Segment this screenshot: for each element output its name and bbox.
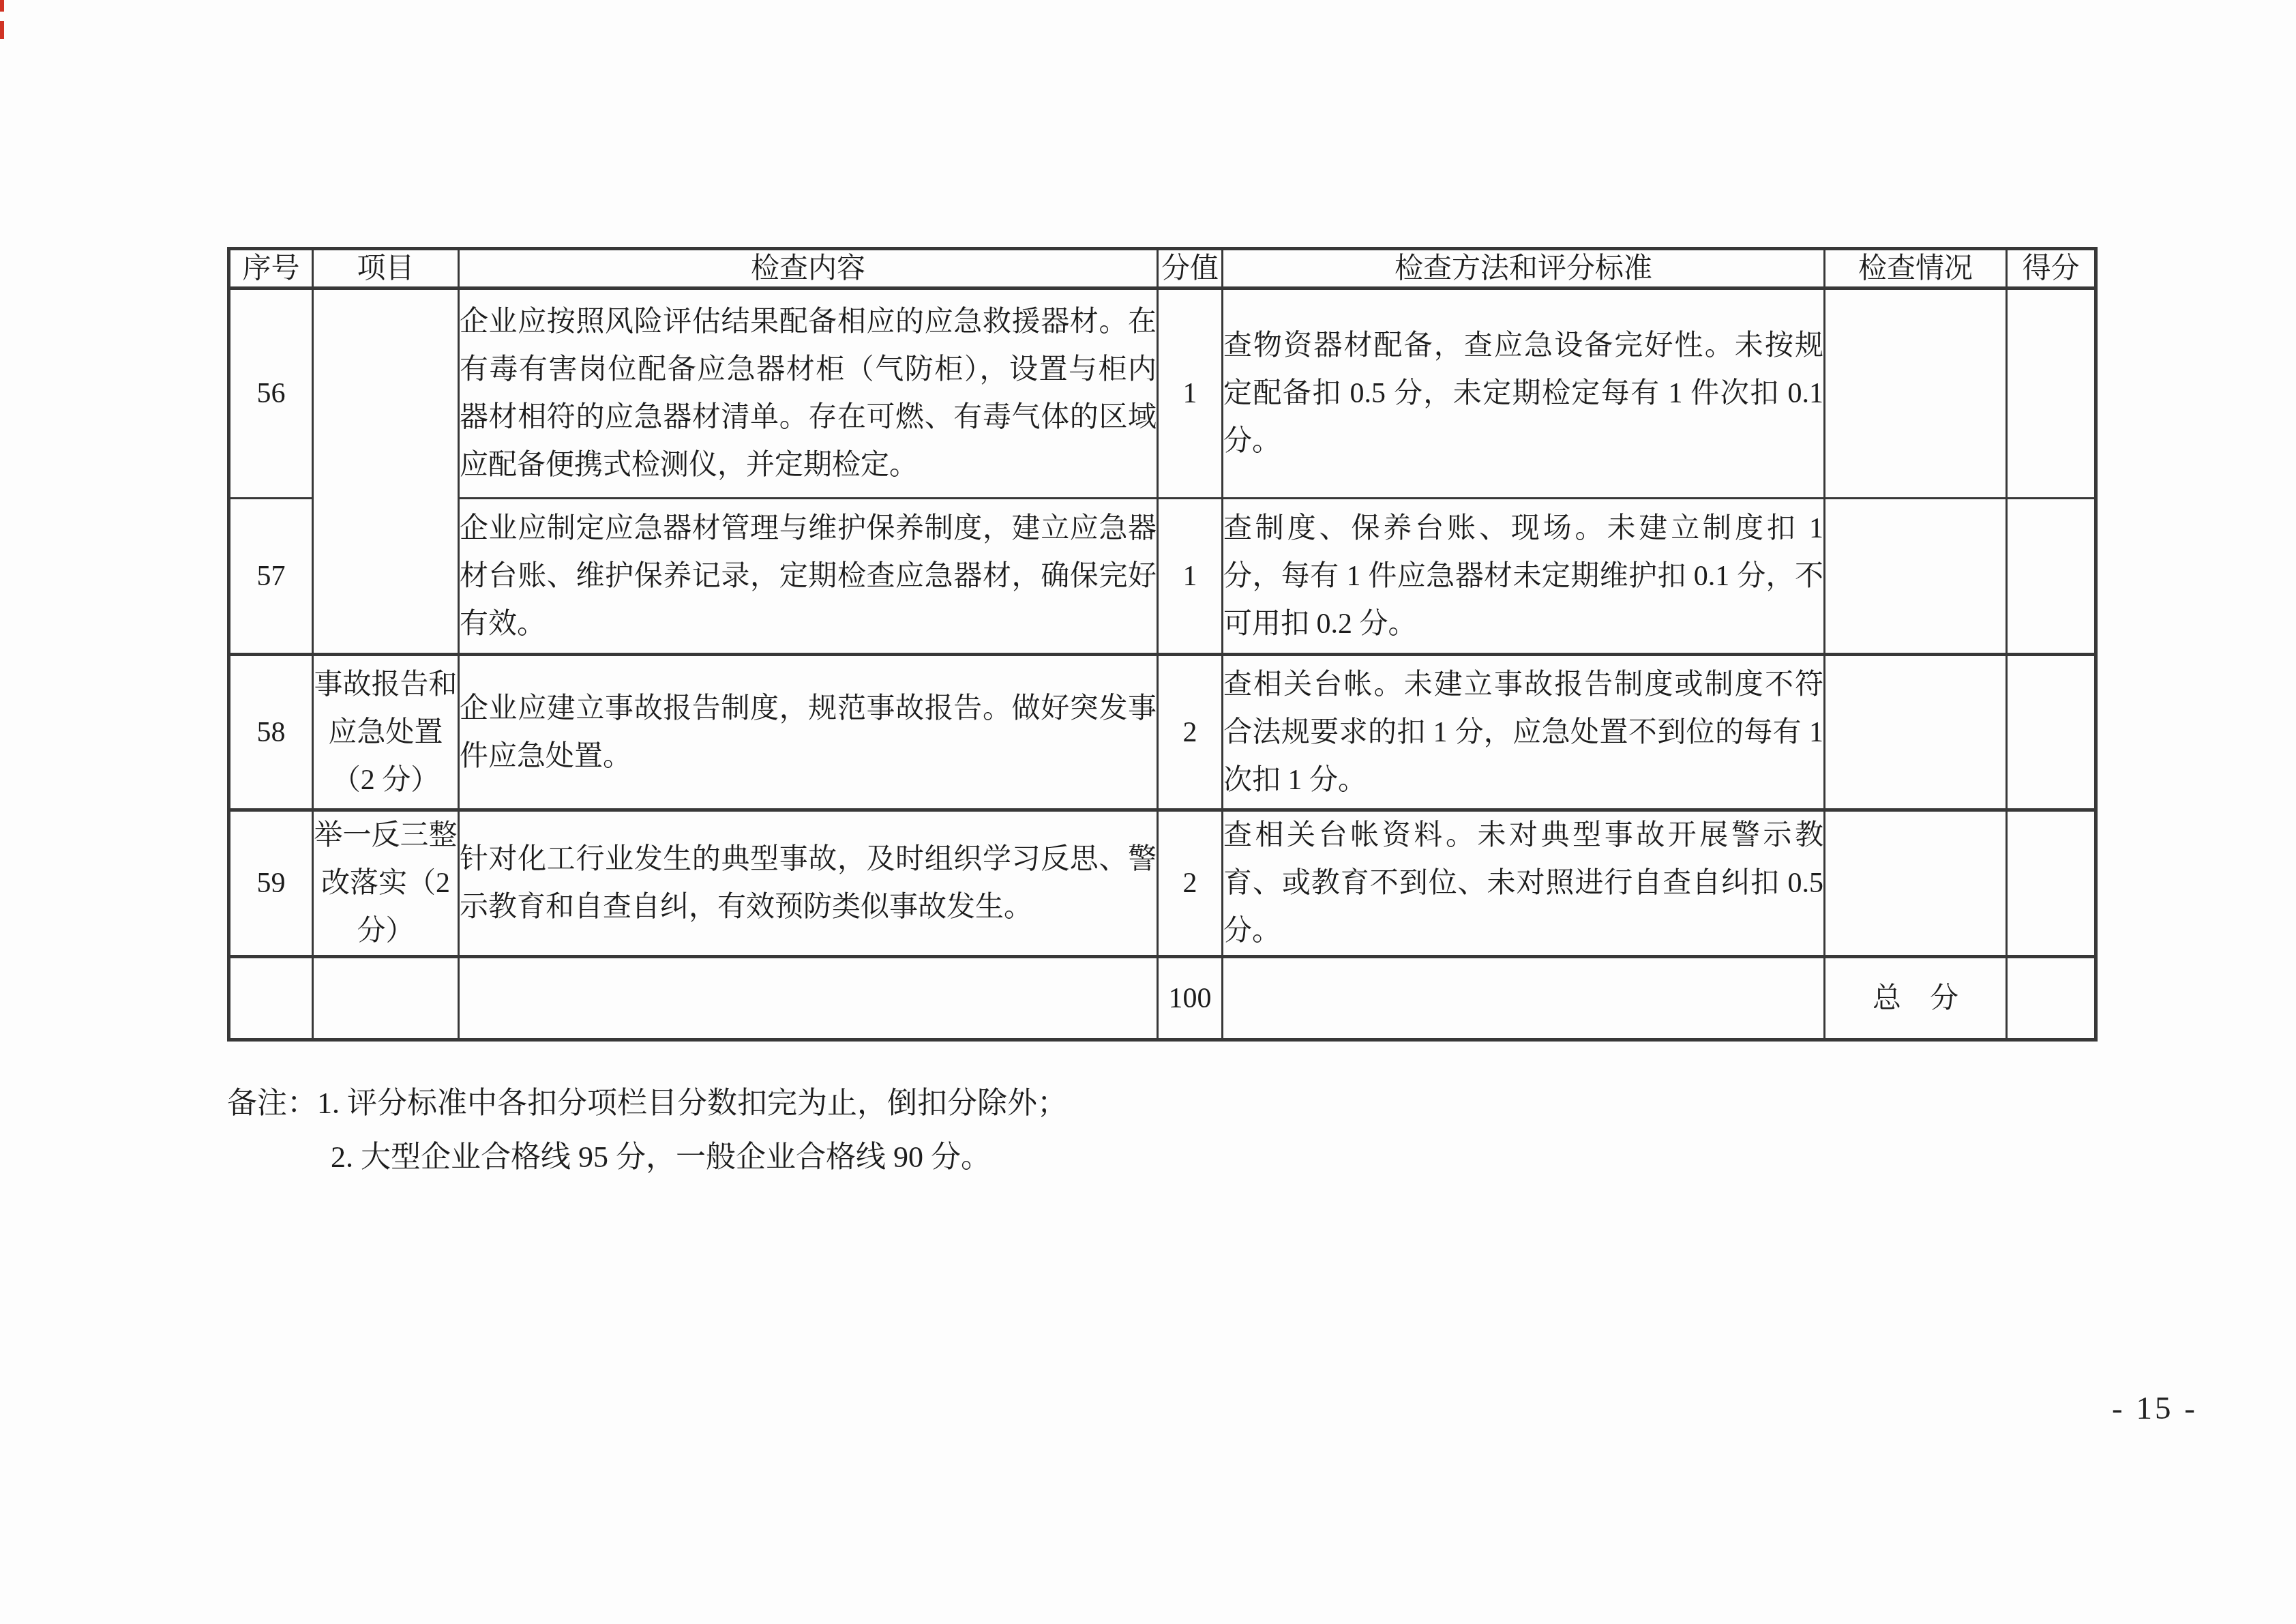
table-row-59: 59 举一反三整改落实（2 分） 针对化工行业发生的典型事故，及时组织学习反思、… — [229, 810, 2096, 957]
row56-method-cell: 查物资器材配备，查应急设备完好性。未按规定配备扣 0.5 分，未定期检定每有 1… — [1223, 289, 1825, 499]
total-item-cell — [313, 957, 459, 1040]
total-score-cell: 100 — [1158, 957, 1223, 1040]
total-label-cell: 总 分 — [1825, 957, 2007, 1040]
row58-situation-cell — [1825, 655, 2007, 810]
footnote-label: 备注： — [227, 1087, 317, 1120]
row56-points-cell — [2007, 289, 2096, 499]
col-header-situation: 检查情况 — [1825, 249, 2007, 289]
document-page: 序号 项目 检查内容 分值 检查方法和评分标准 检查情况 得分 56 企业应按照… — [0, 0, 2296, 1624]
col-header-item: 项目 — [313, 249, 459, 289]
table-header-row: 序号 项目 检查内容 分值 检查方法和评分标准 检查情况 得分 — [229, 249, 2096, 289]
row58-method-cell: 查相关台帐。未建立事故报告制度或制度不符合法规要求的扣 1 分，应急处置不到位的… — [1223, 655, 1825, 810]
row57-index-cell: 57 — [229, 499, 313, 655]
row57-content-cell: 企业应制定应急器材管理与维护保养制度，建立应急器材台账、维护保养记录，定期检查应… — [459, 499, 1158, 655]
row59-score-cell: 2 — [1158, 810, 1223, 957]
scan-artifact-red-mark — [0, 21, 4, 39]
footnote-text-1: 1. 评分标准中各扣分项栏目分数扣完为止，倒扣分除外； — [317, 1087, 1067, 1120]
row58-content-cell: 企业应建立事故报告制度，规范事故报告。做好突发事件应急处置。 — [459, 655, 1158, 810]
row56-57-item-cell — [313, 289, 459, 655]
col-header-method: 检查方法和评分标准 — [1223, 249, 1825, 289]
table-total-row: 100 总 分 — [229, 957, 2096, 1040]
row58-item-cell: 事故报告和应急处置（2 分） — [313, 655, 459, 810]
col-header-score: 分值 — [1158, 249, 1223, 289]
total-content-cell — [459, 957, 1158, 1040]
row59-index-cell: 59 — [229, 810, 313, 957]
footnotes: 备注：1. 评分标准中各扣分项栏目分数扣完为止，倒扣分除外； 2. 大型企业合格… — [227, 1076, 1864, 1184]
row58-index-cell: 58 — [229, 655, 313, 810]
col-header-content: 检查内容 — [459, 249, 1158, 289]
row59-method-cell: 查相关台帐资料。未对典型事故开展警示教育、或教育不到位、未对照进行自查自纠扣 0… — [1223, 810, 1825, 957]
row59-situation-cell — [1825, 810, 2007, 957]
inspection-score-table: 序号 项目 检查内容 分值 检查方法和评分标准 检查情况 得分 56 企业应按照… — [227, 247, 2098, 1042]
row58-points-cell — [2007, 655, 2096, 810]
table-row-57: 57 企业应制定应急器材管理与维护保养制度，建立应急器材台账、维护保养记录，定期… — [229, 499, 2096, 655]
row59-content-cell: 针对化工行业发生的典型事故，及时组织学习反思、警示教育和自查自纠，有效预防类似事… — [459, 810, 1158, 957]
total-index-cell — [229, 957, 313, 1040]
total-method-cell — [1223, 957, 1825, 1040]
scan-artifact-red-mark — [0, 0, 4, 12]
row56-index-cell: 56 — [229, 289, 313, 499]
total-points-cell — [2007, 957, 2096, 1040]
row59-points-cell — [2007, 810, 2096, 957]
table-row-56: 56 企业应按照风险评估结果配备相应的应急救援器材。在有毒有害岗位配备应急器材柜… — [229, 289, 2096, 499]
table-row-58: 58 事故报告和应急处置（2 分） 企业应建立事故报告制度，规范事故报告。做好突… — [229, 655, 2096, 810]
col-header-index: 序号 — [229, 249, 313, 289]
row56-situation-cell — [1825, 289, 2007, 499]
row57-points-cell — [2007, 499, 2096, 655]
row58-score-cell: 2 — [1158, 655, 1223, 810]
col-header-points: 得分 — [2007, 249, 2096, 289]
row59-item-cell: 举一反三整改落实（2 分） — [313, 810, 459, 957]
page-number: - 15 - — [2018, 1390, 2291, 1427]
row57-score-cell: 1 — [1158, 499, 1223, 655]
footnote-line-2: 2. 大型企业合格线 95 分，一般企业合格线 90 分。 — [227, 1130, 1864, 1184]
footnote-line-1: 备注：1. 评分标准中各扣分项栏目分数扣完为止，倒扣分除外； — [227, 1076, 1864, 1130]
row56-content-cell: 企业应按照风险评估结果配备相应的应急救援器材。在有毒有害岗位配备应急器材柜（气防… — [459, 289, 1158, 499]
row56-score-cell: 1 — [1158, 289, 1223, 499]
footnote-text-2: 2. 大型企业合格线 95 分，一般企业合格线 90 分。 — [331, 1140, 991, 1174]
row57-method-cell: 查制度、保养台账、现场。未建立制度扣 1 分，每有 1 件应急器材未定期维护扣 … — [1223, 499, 1825, 655]
row57-situation-cell — [1825, 499, 2007, 655]
